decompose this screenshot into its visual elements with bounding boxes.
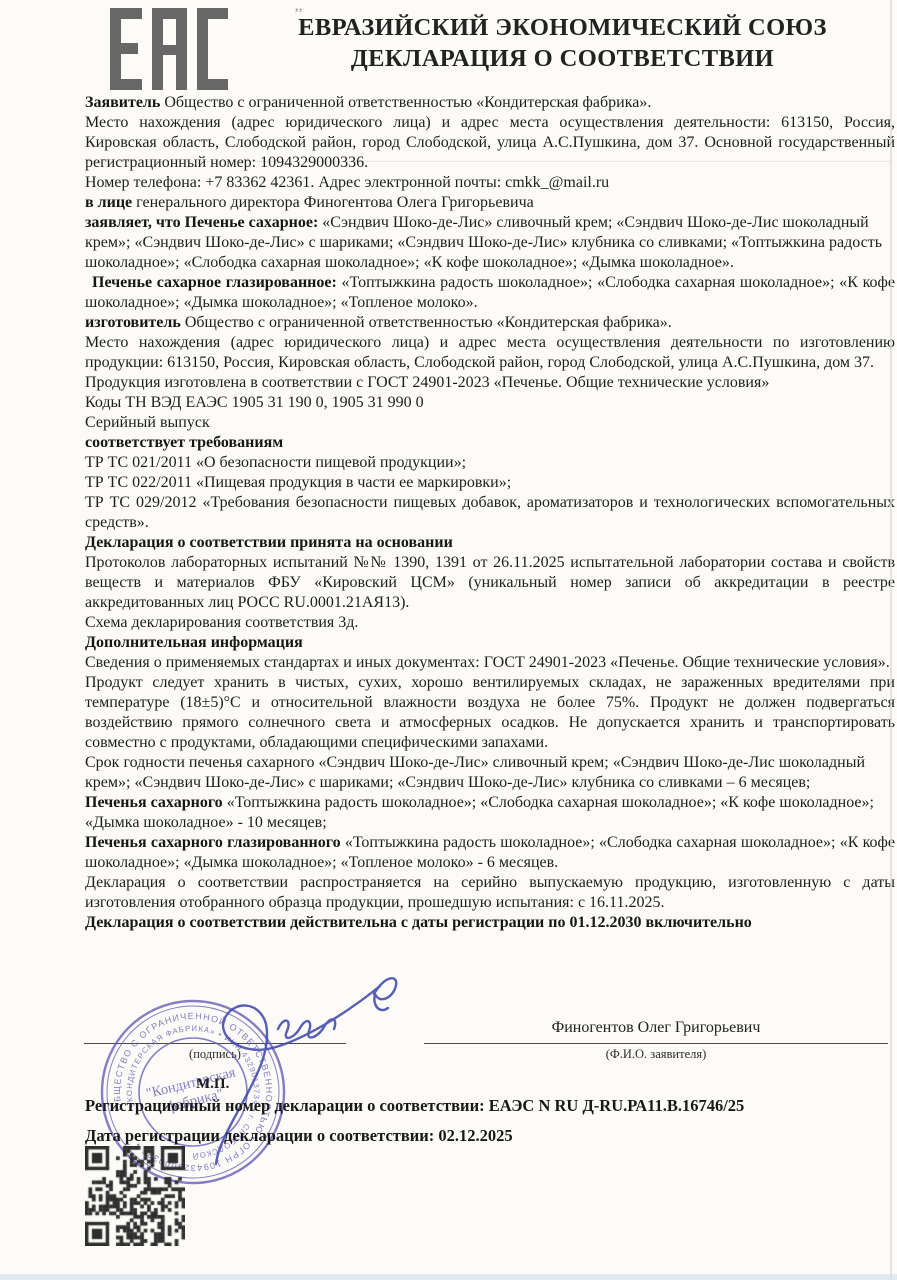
- declaration-body: Заявитель Общество с ограниченной ответс…: [85, 93, 895, 933]
- para-test-protocols: Протоколов лабораторных испытаний №№ 139…: [85, 553, 895, 613]
- para-contacts: Номер телефона: +7 83362 42361. Адрес эл…: [85, 173, 895, 193]
- title-line-declaration: ДЕКЛАРАЦИЯ О СООТВЕТСТВИИ: [245, 43, 880, 74]
- declaration-page: ’’ ЕВРАЗИЙСКИЙ ЭКОНОМИЧЕСКИЙ СОЮЗ ДЕКЛАР…: [0, 0, 897, 1280]
- para-applicant-address: Место нахождения (адрес юридического лиц…: [85, 113, 895, 173]
- para-glazed-products: Печенье сахарное глазированное: «Топтыжк…: [85, 273, 895, 313]
- eac-logo: [110, 8, 228, 90]
- para-additional-info-heading: Дополнительная информация: [85, 633, 895, 653]
- registration-number-value: ЕАЭС N RU Д-RU.РА11.В.16746/25: [485, 1096, 745, 1115]
- seal-place-mark: М.П.: [196, 1076, 229, 1093]
- title-line-union: ЕВРАЗИЙСКИЙ ЭКОНОМИЧЕСКИЙ СОЮЗ: [245, 12, 880, 43]
- para-signatory: в лице генерального директора Финогентов…: [85, 193, 895, 213]
- para-shelf-life-sugar: Печенья сахарного «Топтыжкина радость шо…: [85, 793, 895, 833]
- para-validity: Декларация о соответствии действительна …: [85, 913, 895, 933]
- para-standards-info: Сведения о применяемых стандартах и иных…: [85, 653, 895, 673]
- para-shelf-life-glazed: Печенья сахарного глазированного «Топтыж…: [85, 833, 895, 873]
- para-shelf-life-sandwich: Срок годности печенья сахарного «Сэндвич…: [85, 753, 895, 793]
- para-manufacturer: изготовитель Общество с ограниченной отв…: [85, 313, 895, 333]
- registration-number-line: Регистрационный номер декларации о соотв…: [85, 1096, 890, 1116]
- scan-edge-line: [890, 0, 892, 1280]
- para-declaration-scheme: Схема декларирования соответствия 3д.: [85, 613, 895, 633]
- para-basis-heading: Декларация о соответствии принята на осн…: [85, 533, 895, 553]
- para-applicant: Заявитель Общество с ограниченной ответс…: [85, 93, 895, 113]
- document-title: ЕВРАЗИЙСКИЙ ЭКОНОМИЧЕСКИЙ СОЮЗ ДЕКЛАРАЦИ…: [245, 12, 880, 74]
- para-declared-products: заявляет, что Печенье сахарное: «Сэндвич…: [85, 213, 895, 273]
- applicant-name-line: [424, 1043, 888, 1044]
- registration-date-line: Дата регистрации декларации о соответств…: [85, 1126, 890, 1146]
- para-applies-to-serial: Декларация о соответствии распространяет…: [85, 873, 895, 913]
- applicant-name: Финогентов Олег Григорьевич: [424, 1019, 888, 1037]
- para-meets-requirements: соответствует требованиям: [85, 433, 895, 453]
- para-tnved-codes: Коды ТН ВЭД ЕАЭС 1905 31 190 0, 1905 31 …: [85, 393, 895, 413]
- registration-date-value: 02.12.2025: [434, 1126, 512, 1145]
- para-tr-ts-021: ТР ТС 021/2011 «О безопасности пищевой п…: [85, 453, 895, 473]
- registration-date-label: Дата регистрации декларации о соответств…: [85, 1126, 434, 1145]
- para-gost: Продукция изготовлена в соответствии с Г…: [85, 373, 895, 393]
- registration-number-label: Регистрационный номер декларации о соотв…: [85, 1096, 485, 1115]
- para-serial-release: Серийный выпуск: [85, 413, 895, 433]
- applicant-name-caption: (Ф.И.О. заявителя): [424, 1047, 888, 1062]
- para-storage-conditions: Продукт следует хранить в чистых, сухих,…: [85, 673, 895, 753]
- para-tr-ts-022: ТР ТС 022/2011 «Пищевая продукция в част…: [85, 473, 895, 493]
- qr-code: [85, 1146, 185, 1246]
- scan-bottom-strip: [0, 1274, 897, 1280]
- para-tr-ts-029: ТР ТС 029/2012 «Требования безопасности …: [85, 493, 895, 533]
- para-manufacturer-address: Место нахождения (адрес юридического лиц…: [85, 333, 895, 373]
